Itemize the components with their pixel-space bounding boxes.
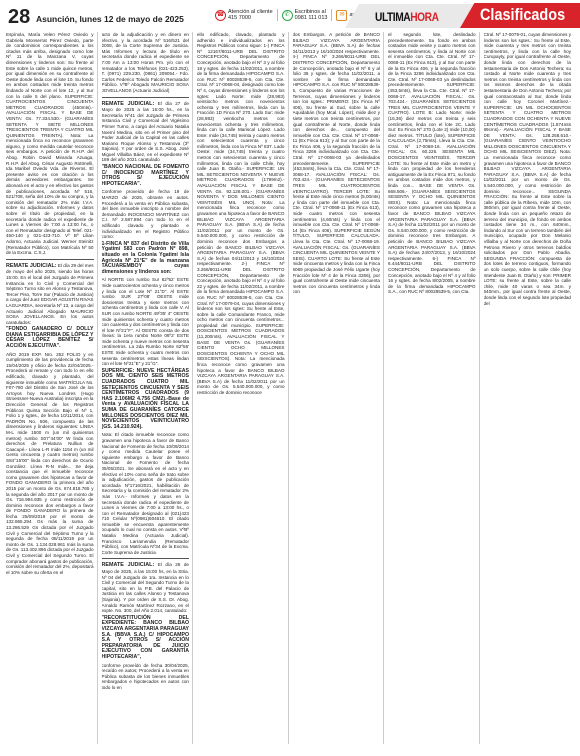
notice-text: acto de la adjudicación y en dinero en e… [102, 32, 190, 94]
contact-whatsapp[interactable]: ✆ Escribinos al0981 111 013 [282, 9, 333, 21]
section-title: Clasificados [480, 5, 565, 25]
column-6: Ctral. Nº 17-0079-01, cuyas dimensiones … [484, 32, 575, 744]
contact-value: 415 7000 [228, 15, 251, 21]
notice-paragraph: REMATE JUDICIAL: El día 26 de Mayo de 20… [102, 562, 190, 613]
classified-columns: Espínola, María Velen Pérez Oviedo y Gab… [6, 32, 574, 744]
phone-icon: ☎ [215, 10, 226, 21]
notice-text: Ctral. Nº 17-0079-01, cuyas dimensiones … [484, 32, 572, 306]
notice-title: REMATE JUDICIAL: [102, 562, 155, 568]
notice-paragraph: REMATE JUDICIAL: El día 29 del mes de ma… [6, 263, 94, 326]
notice-text: El día 29 del mes de mayo del año 2025, … [6, 263, 94, 325]
notice-text: Nota: El citado inmueble reconoce como g… [102, 432, 190, 555]
notice-text: Al NORTE con rumbo Sur 62º52' ESTE mide … [102, 277, 190, 367]
notice-text: El día 27 de Mayo de 2025 a las 15:00 hs… [102, 101, 190, 163]
notice-title: REMATE JUDICIAL: [6, 263, 57, 269]
page-number: 28 [8, 6, 30, 29]
email-icon: ✉ [336, 10, 347, 21]
notice-text: conforme proveído de fecha 30/04/2025, r… [102, 663, 190, 691]
case-caption: SUPERFICIE: NUEVE HECTÁREAS DOS MIL CIEN… [102, 369, 190, 431]
whatsapp-icon: ✆ [282, 10, 293, 21]
notice-divider [102, 558, 190, 559]
column-5: el segundo lote, deslindado precedenteme… [388, 32, 480, 744]
notice-text: ello edificado, clavado, plantado y adhe… [197, 32, 285, 396]
case-caption: 1-FINCA Nº 837 del Distrito de Villa Yga… [102, 242, 190, 276]
notice-divider [6, 259, 94, 260]
column-2: acto de la adjudicación y en dinero en e… [102, 32, 194, 744]
column-3: ello edificado, clavado, plantado y adhe… [197, 32, 289, 744]
case-caption: "BANCO NACIONAL DE FOMENTO C/ INOCENCIO … [102, 165, 190, 187]
notice-text: el segundo lote, deslindado precedenteme… [388, 32, 476, 295]
column-1: Espínola, María Velen Pérez Oviedo y Gab… [6, 32, 98, 744]
case-caption: "FONDO GANADERO C/ DOLLY DIANA ESTIGARRI… [6, 327, 94, 349]
case-caption: "RECONSTITUCIÓN DEL EXPEDIENTE: BANCO BI… [102, 616, 190, 661]
notice-title: REMATE JUDICIAL: [102, 101, 155, 107]
column-4: dos Embargos. A petición de BANCO BILBAO… [293, 32, 385, 744]
notice-paragraph: REMATE JUDICIAL: El día 27 de Mayo de 20… [102, 101, 190, 164]
page-header: 28 Asunción, lunes 12 de mayo de 2025 ☎ … [0, 0, 580, 28]
notice-text: Espínola, María Velen Pérez Oviedo y Gab… [6, 32, 94, 256]
notice-text: AÑO 2019 EXP. Nro. 252 FOLIO y en cumpli… [6, 352, 94, 576]
notice-text: El día 26 de Mayo de 2025, a las 15:00 h… [102, 562, 190, 613]
publication-date: Asunción, lunes 12 de mayo de 2025 [36, 14, 184, 24]
notice-text: Conforme proveído de fecha 19 de MARZO d… [102, 189, 190, 239]
section-banner: Clasificados [460, 3, 580, 28]
newspaper-logo: ULTIMAHORA [375, 10, 439, 24]
notice-divider [102, 97, 190, 98]
contact-phone[interactable]: ☎ Atención al cliente415 7000 [215, 9, 278, 21]
contact-value: 0981 111 013 [295, 15, 328, 21]
notice-text: dos Embargos. A petición de BANCO BILBAO… [293, 32, 381, 295]
